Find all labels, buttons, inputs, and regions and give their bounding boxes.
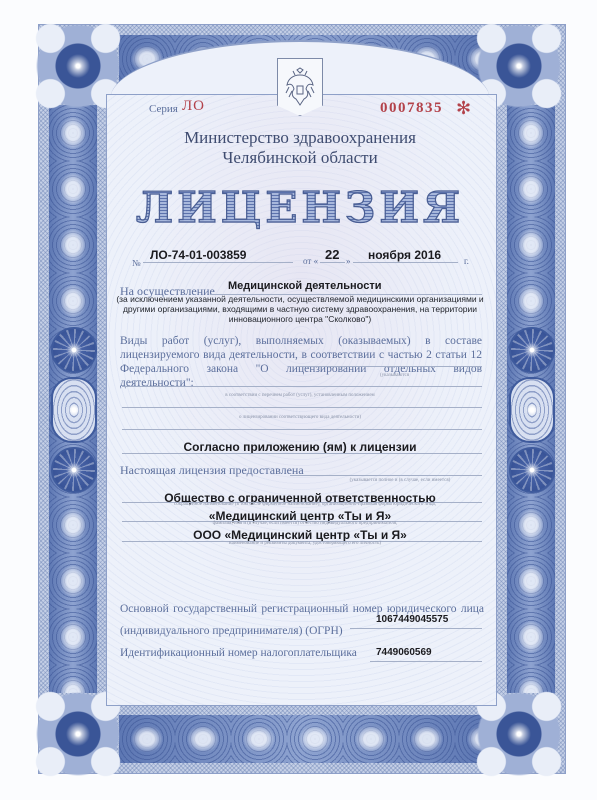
medallion-icon <box>509 327 555 373</box>
work-types-line-3 <box>122 407 482 408</box>
frame-band-bottom <box>119 715 485 763</box>
medallion-icon <box>51 327 97 373</box>
license-number: ЛО-74-01-003859 <box>150 248 246 262</box>
issuer-line-1: Министерство здравоохранения <box>120 128 480 148</box>
medallion-icon <box>509 447 555 493</box>
work-types-line-4 <box>122 429 482 430</box>
inn-label: Идентификационный номер налогоплательщик… <box>120 647 357 659</box>
coat-of-arms-icon <box>277 58 323 116</box>
asterisk-icon: ✻ <box>456 98 471 119</box>
issuing-authority: Министерство здравоохранения Челябинской… <box>120 128 480 168</box>
licensee-line-1 <box>290 475 482 476</box>
activity-value: Медицинской деятельности <box>228 280 381 292</box>
licensee-label: Настоящая лицензия предоставлена <box>120 463 304 478</box>
work-types-line-5 <box>122 453 482 454</box>
month-underline <box>353 262 458 263</box>
work-types-line-1 <box>296 366 482 367</box>
series-value: ЛО <box>182 98 205 115</box>
work-types-caption-1: (указываются <box>380 373 409 378</box>
number-label: № <box>132 258 141 268</box>
day-close-quote: » <box>346 256 351 266</box>
license-day: 22 <box>325 247 339 262</box>
licensee-caption-4: наименование и реквизиты документа, удос… <box>150 541 460 546</box>
ogrn-value: 1067449045575 <box>376 614 448 625</box>
number-underline <box>143 262 293 263</box>
frame-band-left <box>49 105 97 693</box>
license-month-year: ноября 2016 <box>368 248 441 262</box>
inn-value: 7449060569 <box>376 647 432 658</box>
licensee-caption-2: сокращённое наименование (в том числе фи… <box>110 502 500 507</box>
inn-underline <box>370 661 482 662</box>
activity-note: (за исключением указанной деятельности, … <box>108 294 492 324</box>
form-number: 0007835 <box>380 100 443 117</box>
frame-band-right <box>507 105 555 693</box>
document-title: ЛИЦЕНЗИЯ <box>100 183 500 232</box>
series-label: Серия <box>149 103 178 115</box>
work-types-caption-3: о лицензировании соответствующего вида д… <box>200 415 400 420</box>
work-types-text: Виды работ (услуг), выполняемых (оказыва… <box>120 334 482 390</box>
licensee-caption-3: фамилия, имя и (в случае, если имеется) … <box>150 521 460 526</box>
licensee-short-name: ООО «Медицинский центр «Ты и Я» <box>108 528 492 542</box>
work-types-caption-2: в соответствии с перечнем работ (услуг),… <box>200 393 400 398</box>
year-suffix: г. <box>464 256 469 266</box>
ogrn-underline <box>350 628 482 629</box>
day-underline <box>320 262 345 263</box>
medallion-icon <box>51 447 97 493</box>
medallion-icon <box>51 377 97 443</box>
work-types-value: Согласно приложению (ям) к лицензии <box>108 440 492 454</box>
work-types-line-2 <box>122 386 482 387</box>
license-document: Серия ЛО 0007835 ✻ Министерство здравоох… <box>0 0 597 800</box>
licensee-caption-1: (указывается полное и (в случае, если им… <box>320 478 480 483</box>
date-from-label: от « <box>303 256 318 266</box>
issuer-line-2: Челябинской области <box>120 148 480 168</box>
medallion-icon <box>509 377 555 443</box>
